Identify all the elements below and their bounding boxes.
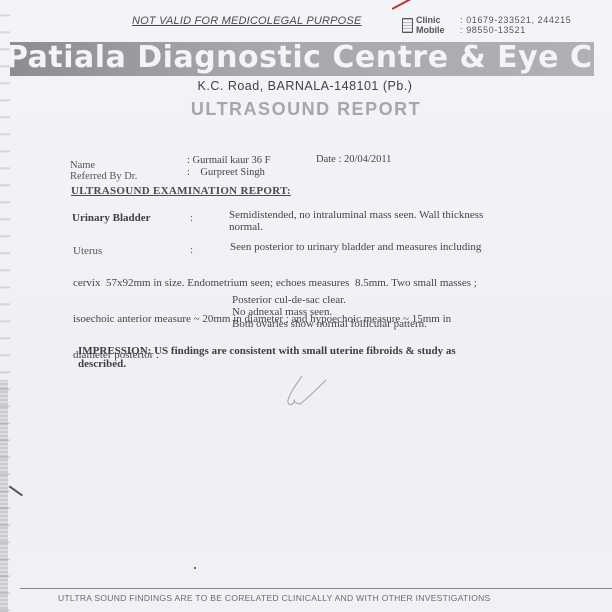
report-date: Date : 20/04/2011 xyxy=(316,154,391,165)
impression-line: described. xyxy=(78,358,538,371)
exam-heading: ULTRASOUND EXAMINATION REPORT: xyxy=(71,185,291,197)
clinic-address: K.C. Road, BARNALA-148101 (Pb.) xyxy=(0,79,612,93)
impression: IMPRESSION: US findings are consistent w… xyxy=(78,345,538,371)
impression-line: IMPRESSION: US findings are consistent w… xyxy=(78,345,538,358)
contact-value: : 01679-233521, 244215 xyxy=(460,15,571,25)
address-text: K.C. Road, BARNALA-148101 (Pb.) xyxy=(198,79,413,93)
colon: : xyxy=(190,212,193,224)
uterus-first-line: Seen posterior to urinary bladder and me… xyxy=(230,241,481,253)
contact-clinic: Clinic: 01679-233521, 244215 xyxy=(416,15,571,25)
scan-edge-artifact-lower xyxy=(0,380,8,612)
organ-name: Urinary Bladder xyxy=(72,212,151,224)
urinary-bladder-label: Urinary Bladder xyxy=(72,212,151,224)
clinic-name: Patiala Diagnostic Centre & Eye Clinic xyxy=(10,42,594,75)
contact-label: Mobile xyxy=(416,25,460,35)
name-value: : Gurmail kaur 36 F xyxy=(187,155,270,166)
urinary-bladder-findings: Semidistended, no intraluminal mass seen… xyxy=(229,209,483,233)
other-findings: Posterior cul-de-sac clear. No adnexal m… xyxy=(232,294,427,330)
contact-mobile: Mobile: 98550-13521 xyxy=(416,25,571,35)
disclaimer-text: NOT VALID FOR MEDICOLEGAL PURPOSE xyxy=(132,15,362,27)
phone-icon xyxy=(402,18,413,33)
footer-divider xyxy=(20,588,612,589)
referred-label: Referred By Dr. xyxy=(70,171,137,182)
contact-value: : 98550-13521 xyxy=(460,25,526,35)
finding-line: No adnexal mass seen. xyxy=(232,306,427,318)
contact-info: Clinic: 01679-233521, 244215 Mobile: 985… xyxy=(416,15,571,35)
signature xyxy=(280,372,340,412)
referred-value: : Gurpreet Singh xyxy=(187,167,265,178)
report-page: NOT VALID FOR MEDICOLEGAL PURPOSE Clinic… xyxy=(0,0,612,612)
scan-mark xyxy=(9,486,23,496)
finding-line: Both ovaries show normal follicular patt… xyxy=(232,318,427,330)
report-title: ULTRASOUND REPORT xyxy=(0,99,612,120)
name-label: Name xyxy=(70,160,95,171)
finding-line: normal. xyxy=(229,221,483,233)
finding-line: cervix 57x92mm in size. Endometrium seen… xyxy=(73,277,477,289)
red-pen-mark xyxy=(392,0,414,9)
clinic-banner: Patiala Diagnostic Centre & Eye Clinic xyxy=(10,42,594,76)
finding-line: Semidistended, no intraluminal mass seen… xyxy=(229,209,483,221)
scan-speck xyxy=(194,567,196,569)
finding-line: Posterior cul-de-sac clear. xyxy=(232,294,427,306)
contact-label: Clinic xyxy=(416,15,460,25)
footer-note: UTLTRA SOUND FINDINGS ARE TO BE CORELATE… xyxy=(58,593,491,603)
